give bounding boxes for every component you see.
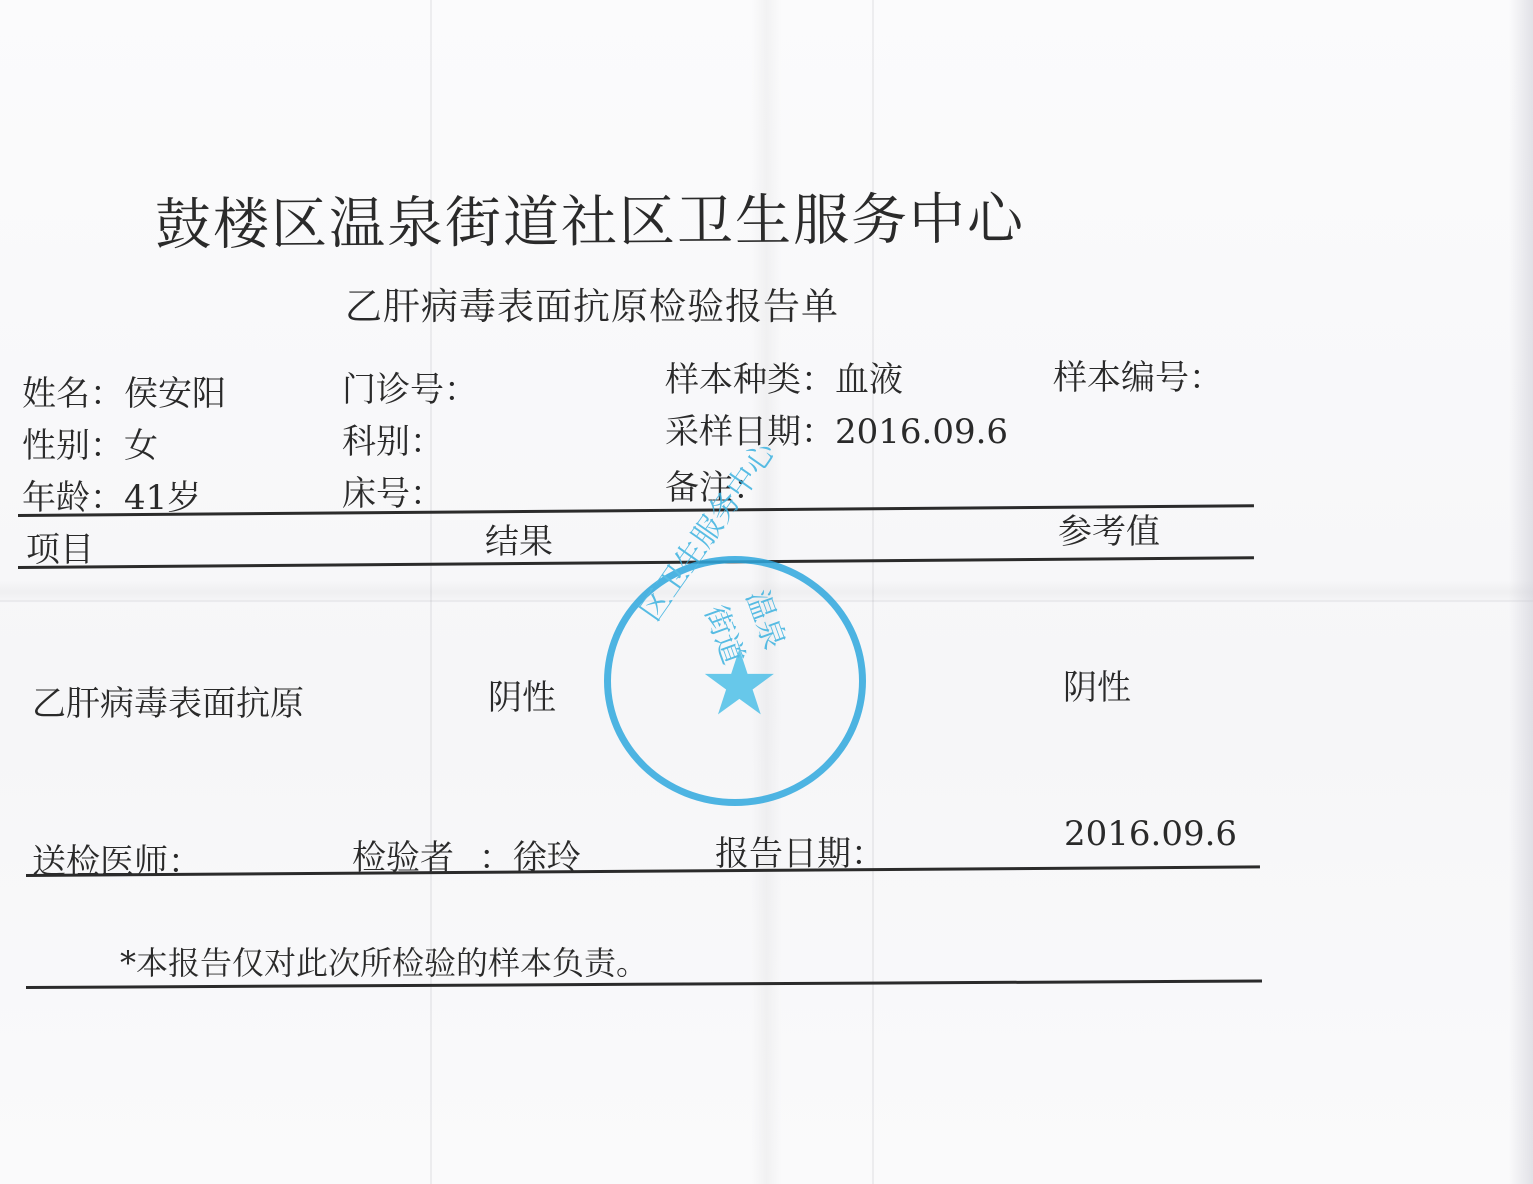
institution-name: 鼓楼区温泉街道社区卫生服务中心 [155,175,1026,261]
sample-date-field: 采样日期：2016.09.6 [665,404,1008,453]
sample-type-value: 血液 [835,360,903,400]
outpatient-no-label: 门诊号： [342,362,478,411]
result-row-result: 阴性 [488,670,556,719]
patient-name-label: 姓名： [22,374,124,414]
patient-name-field: 姓名：侯安阳 [22,366,226,415]
patient-gender-value: 女 [124,426,158,466]
result-row-item: 乙肝病毒表面抗原 [32,676,304,725]
sample-type-label: 样本种类： [665,360,835,400]
report-title: 乙肝病毒表面抗原检验报告单 [345,276,839,330]
sample-type-field: 样本种类：血液 [665,352,903,401]
patient-age-label: 年龄： [22,478,124,518]
paper-edge [1509,0,1533,1184]
patient-age-field: 年龄：41岁 [22,470,201,519]
disclaimer: *本报告仅对此次所检验的样本负责。 [120,938,648,984]
header-result: 结果 [485,514,553,563]
header-reference: 参考值 [1058,504,1160,553]
patient-gender-field: 性别：女 [22,418,158,467]
result-row-reference: 阴性 [1063,660,1131,709]
department-label: 科别： [342,414,444,463]
sample-number-label: 样本编号： [1053,350,1223,399]
header-item: 项目 [26,522,94,571]
fold-crease [430,0,432,1184]
sample-date-value: 2016.09.6 [835,412,1008,452]
bed-no-label: 床号： [342,466,444,515]
official-stamp: ★ 区卫生服务中心 温泉街道 [604,556,866,806]
patient-gender-label: 性别： [22,426,124,466]
report-date-value: 2016.09.6 [1064,814,1237,854]
patient-name-value: 侯安阳 [124,374,226,414]
